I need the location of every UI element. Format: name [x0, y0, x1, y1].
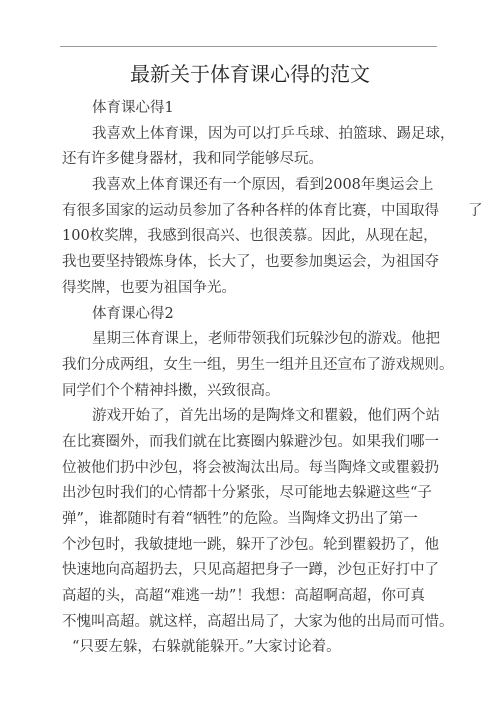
paragraph-line: 不愧叫高超。就这样，高超出局了，大家为他的出局而可惜。 — [62, 610, 462, 636]
paragraph-line: 位被他们扔中沙包，将会被淘汰出局。每当陶烽文或瞿毅扔 — [62, 456, 462, 482]
paragraph-line: 同学们个个精神抖擞，兴致很高。 — [62, 379, 462, 405]
paragraph-line: 我也要坚持锻炼身体，长大了，也要参加奥运会，为祖国夺 — [62, 250, 462, 276]
page-title: 最新关于体育课心得的范文 — [0, 60, 500, 88]
paragraph-line: 100枚奖牌，我感到很高兴、也很羡慕。因此，从现在起， — [62, 224, 462, 250]
paragraph-line: 游戏开始了，首先出场的是陶烽文和瞿毅，他们两个站 — [62, 404, 462, 430]
paragraph-line: 星期三体育课上，老师带领我们玩躲沙包的游戏。他把 — [62, 327, 462, 353]
section-heading-1: 体育课心得1 — [62, 96, 462, 122]
document-body: 体育课心得1 我喜欢上体育课，因为可以打乒乓球、拍篮球、踢足球， 还有许多健身器… — [62, 96, 462, 661]
paragraph-line: 有很多国家的运动员参加了各种各样的体育比赛，中国取得 了 — [62, 199, 462, 225]
paragraph-line: 在比赛圈外，而我们就在比赛圈内躲避沙包。如果我们哪一 — [62, 430, 462, 456]
paragraph-line: 我喜欢上体育课还有一个原因，看到2008年奥运会上 — [62, 173, 462, 199]
paragraph-line: “只要左躲，右躲就能躲开。”大家讨论着。 — [62, 635, 462, 661]
paragraph-line: 快速地向高超扔去，只见高超把身子一蹲，沙包正好打中了 — [62, 558, 462, 584]
paragraph-line: 我喜欢上体育课，因为可以打乒乓球、拍篮球、踢足球， — [62, 122, 462, 148]
paragraph-line: 高超的头，高超“难逃一劫”！我想：高超啊高超，你可真 — [62, 584, 462, 610]
section-heading-2: 体育课心得2 — [62, 302, 462, 328]
paragraph-line: 还有许多健身器材，我和同学能够尽玩。 — [62, 147, 462, 173]
paragraph-line: 个沙包时，我敏捷地一跳，躲开了沙包。轮到瞿毅扔了，他 — [62, 533, 462, 559]
paragraph-line: 弹”，谁都随时有着“牺牲”的危险。当陶烽文扔出了第一 — [62, 507, 462, 533]
paragraph-line: 我们分成两组，女生一组，男生一组并且还宣布了游戏规则。 — [62, 353, 462, 379]
header-rule — [60, 46, 437, 47]
paragraph-line: 出沙包时我们的心情都十分紧张，尽可能地去躲避这些“子 — [62, 481, 462, 507]
paragraph-line: 得奖牌，也要为祖国争光。 — [62, 276, 462, 302]
